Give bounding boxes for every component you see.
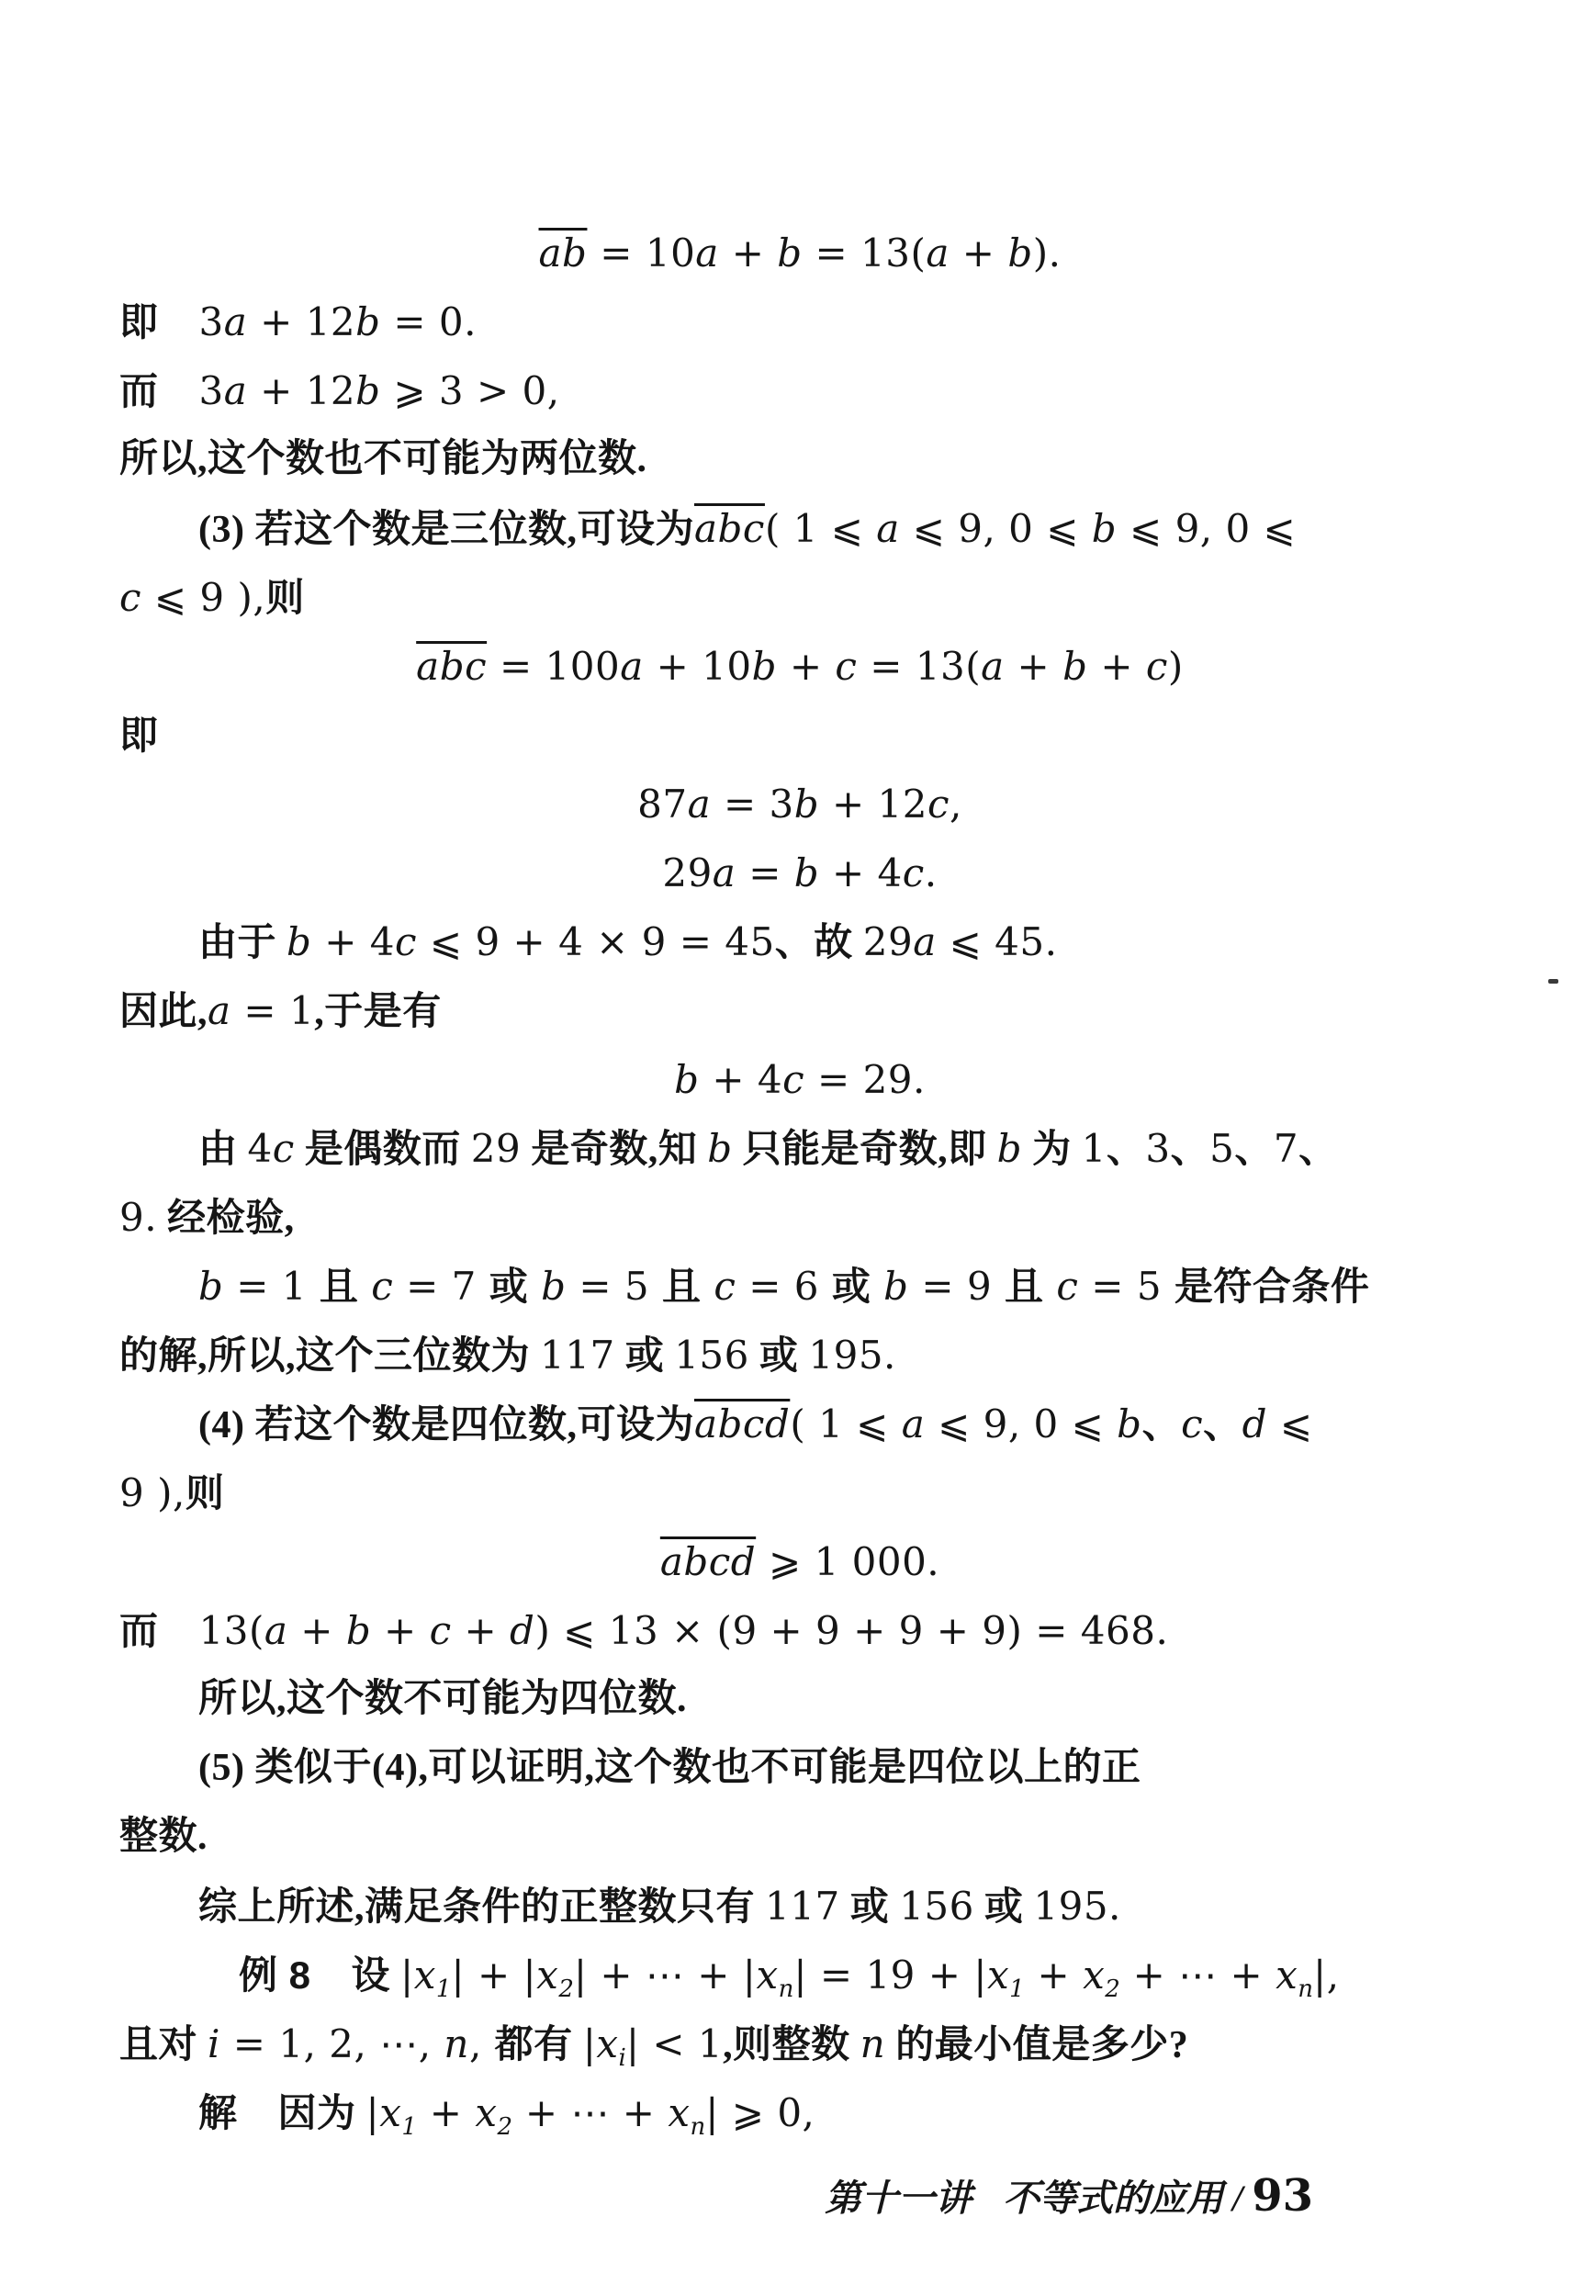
text-segment: 的最小值是多少? [885, 2024, 1188, 2066]
text-segment: a [981, 644, 1005, 689]
text-segment: (3) 若这个数是三位数,可设为 [198, 509, 694, 551]
text-segment: = 3 [711, 782, 794, 827]
text-segment: + 12 [247, 368, 355, 413]
text-segment: b [707, 1126, 732, 1171]
text-segment: 156 [899, 1884, 974, 1929]
subscript: 1 [401, 2113, 417, 2141]
text-segment: c [273, 1126, 295, 1171]
text-line: 整数. [119, 1803, 1480, 1872]
subscript: n [691, 2113, 706, 2141]
text-segment: , [469, 2021, 495, 2066]
subscript: n [1298, 1975, 1313, 2003]
text-segment: x [756, 1953, 778, 1998]
text-segment: = 1, 2, ⋯, [220, 2021, 444, 2066]
text-segment: n [444, 2021, 469, 2066]
text-segment: c [782, 1057, 804, 1102]
text-segment: 195. [808, 1333, 896, 1378]
text-segment: = 1 [223, 1264, 319, 1309]
text-segment: b [752, 644, 777, 689]
text-segment: ⩾ 3 > 0, [381, 368, 560, 413]
subscript: i [619, 2044, 626, 2072]
page-footer: 第十一讲不等式的应用/93 [0, 2169, 1596, 2222]
text-segment: b [355, 299, 380, 344]
equation-line: ab = 10a + b = 13(a + b). [119, 219, 1480, 287]
text-segment: + 4 [311, 919, 395, 964]
text-segment: 3 [199, 368, 224, 413]
text-line: 解因为 |x1 + x2 + ⋯ + xn| ⩾ 0, [119, 2078, 1480, 2147]
text-segment: x [596, 2021, 618, 2066]
text-segment: x [536, 1953, 558, 1998]
subscript: 2 [558, 1975, 574, 2003]
text-segment: ⩽ 9 ), [141, 575, 265, 620]
text-segment: 的解,所以,这个三位数为 [119, 1335, 540, 1378]
text-segment: ,于是有 [314, 991, 442, 1033]
text-segment: c [395, 919, 417, 964]
text-segment: 由于 [198, 922, 287, 964]
text-segment: | = 19 + | [793, 1953, 987, 1998]
text-segment: a [208, 988, 231, 1033]
text-segment: c [1181, 1401, 1203, 1446]
text-segment: 且 [662, 1266, 702, 1309]
text-segment: x [1276, 1953, 1298, 1998]
text-segment: 是符合条件 [1175, 1266, 1370, 1309]
text-segment: a [224, 368, 248, 413]
text-segment: 、 [1142, 1404, 1182, 1446]
text-segment: ⩽ 9, 0 ⩽ [900, 506, 1092, 551]
text-segment: 29 [863, 919, 913, 964]
text-segment: 117 [765, 1884, 840, 1929]
text-segment: n [860, 2021, 886, 2066]
text-segment: 87 [637, 782, 687, 827]
text-segment: 、 [1234, 1129, 1274, 1171]
text-segment: . [925, 850, 938, 895]
text-segment: 所以,这个数不可能为四位数. [198, 1678, 687, 1720]
text-segment: x [668, 2090, 690, 2135]
text-line: 的解,所以,这个三位数为 117 或 156 或 195. [119, 1321, 1480, 1390]
text-segment: | [583, 2021, 597, 2066]
text-segment: a [902, 1401, 926, 1446]
text-segment: b [1007, 231, 1032, 276]
paragraph-label: 即 [119, 300, 159, 343]
text-segment: = 10 [587, 231, 695, 276]
text-segment: + [950, 231, 1007, 276]
text-segment: 9 ), [119, 1470, 185, 1515]
text-segment: = 13( [857, 644, 981, 689]
text-segment: 则 [265, 578, 305, 620]
overline-number-variable: abc [694, 506, 765, 551]
text-line: c ⩽ 9 ),则 [119, 563, 1480, 632]
text-segment: 、 [1107, 1129, 1146, 1171]
text-segment: ⩾ 1 000. [756, 1539, 939, 1584]
text-segment: + [719, 231, 777, 276]
text-segment: + [287, 1608, 345, 1653]
text-segment: b [871, 1264, 908, 1309]
text-segment: + 12 [819, 782, 927, 827]
subscript: 2 [498, 2113, 513, 2141]
scan-artifact-dot [1548, 979, 1558, 984]
text-line: 所以,这个数也不可能为两位数. [119, 425, 1480, 494]
page-content: ab = 10a + b = 13(a + b).即3a + 12b = 0.而… [119, 219, 1480, 2147]
text-segment: c [927, 782, 950, 827]
text-segment: c [835, 644, 857, 689]
text-segment: 则 [185, 1473, 225, 1515]
text-segment: x [987, 1953, 1009, 1998]
text-segment: b [794, 850, 819, 895]
text-segment: 设 [352, 1955, 401, 1998]
text-segment: b [794, 782, 819, 827]
text-segment: 整数. [119, 1816, 208, 1858]
text-segment: | + ⋯ + | [574, 1953, 757, 1998]
overline-number-variable: abcd [660, 1539, 756, 1584]
paragraph-label: 例 8 [239, 1953, 311, 1997]
text-line: 即3a + 12b = 0. [119, 287, 1480, 356]
text-segment: 或 [974, 1886, 1034, 1929]
text-segment: a [713, 850, 736, 895]
paragraph-label: 而 [119, 369, 159, 412]
text-segment: x [1083, 1953, 1105, 1998]
text-segment: c [903, 850, 925, 895]
text-segment: 或 [615, 1335, 675, 1378]
text-segment: c [430, 1608, 452, 1653]
text-segment: 5 [1209, 1126, 1234, 1171]
text-segment: 4 [248, 1126, 273, 1171]
text-segment: 综上所述,满足条件的正整数只有 [198, 1886, 765, 1929]
text-segment: 195. [1033, 1884, 1121, 1929]
text-line: 而13(a + b + c + d) ⩽ 13 × (9 + 9 + 9 + 9… [119, 1596, 1480, 1665]
text-segment: c [119, 575, 141, 620]
equation-line: abcd ⩾ 1 000. [119, 1527, 1480, 1596]
text-segment: b [287, 919, 311, 964]
text-segment: 1 [1082, 1126, 1107, 1171]
text-segment: c [701, 1264, 736, 1309]
overline-number-variable: ab [539, 231, 588, 276]
text-segment: 156 [674, 1333, 749, 1378]
text-line: 9. 经检验, [119, 1183, 1480, 1252]
text-segment: b [1062, 644, 1087, 689]
paragraph-label: 而 [119, 1609, 159, 1652]
text-segment: i [208, 2021, 220, 2066]
text-segment: a [264, 1608, 288, 1653]
text-segment: a [620, 644, 644, 689]
overline-number-variable: abc [416, 644, 487, 689]
text-segment: ( 1 ⩽ [790, 1401, 901, 1446]
text-segment: d [510, 1608, 534, 1653]
text-segment: 且对 [119, 2024, 208, 2066]
text-segment: + 4 [700, 1057, 783, 1102]
text-segment: 3 [199, 299, 224, 344]
text-segment: b [355, 368, 380, 413]
text-segment: 且 [1005, 1266, 1044, 1309]
subscript: 1 [436, 1975, 452, 2003]
text-segment: b [528, 1264, 566, 1309]
text-segment: 7 [1274, 1126, 1298, 1171]
text-line: 9 ),则 [119, 1458, 1480, 1527]
text-line: 即 [119, 701, 1480, 770]
text-segment: = 0. [381, 299, 477, 344]
text-segment: d [1242, 1401, 1267, 1446]
equation-line: 29a = b + 4c. [119, 838, 1480, 907]
footer-separator: / [1232, 2178, 1242, 2219]
subscript: 2 [1105, 1975, 1120, 2003]
text-segment: b [346, 1608, 371, 1653]
text-line: b = 1 且 c = 7 或 b = 5 且 c = 6 或 b = 9 且 … [119, 1252, 1480, 1321]
text-segment: c [1044, 1264, 1079, 1309]
text-segment: a [913, 919, 937, 964]
text-segment: 或 [749, 1335, 809, 1378]
text-line: (5) 类似于(4),可以证明,这个数也不可能是四位以上的正 [119, 1734, 1480, 1803]
text-segment: 都有 [495, 2024, 583, 2066]
text-segment: |, [1313, 1953, 1340, 1998]
text-segment: (5) 类似于(4),可以证明,这个数也不可能是四位以上的正 [198, 1747, 1141, 1789]
paragraph-label: 解 [198, 2091, 238, 2134]
subscript: 1 [1009, 1975, 1025, 2003]
text-segment: 且 [320, 1266, 359, 1309]
text-line: 由于 b + 4c ⩽ 9 + 4 × 9 = 45、故 29a ⩽ 45. [119, 907, 1480, 976]
text-segment: 29 [662, 850, 712, 895]
text-segment: ⩽ 9 + 4 × 9 = 45 [417, 919, 775, 964]
text-segment: 因此, [119, 991, 208, 1033]
text-segment: 、 [1203, 1404, 1242, 1446]
text-segment: ,则整数 [723, 2024, 860, 2066]
text-segment: 29 [471, 1126, 521, 1171]
text-segment: ( 1 ⩽ [765, 506, 876, 551]
text-segment: x [379, 2090, 401, 2135]
text-segment: = 5 [1078, 1264, 1174, 1309]
text-segment: x [475, 2090, 497, 2135]
text-segment: 、 [1171, 1129, 1210, 1171]
text-segment: + [417, 2090, 475, 2135]
text-segment: 117 [540, 1333, 615, 1378]
scanned-book-page: { "footer": { "chapter": "第十一讲", "title"… [0, 0, 1596, 2296]
text-segment: 是奇数,知 [521, 1129, 707, 1171]
equation-line: 87a = 3b + 12c, [119, 770, 1480, 838]
text-segment: = 100 [487, 644, 620, 689]
text-segment: ⩽ 9, 0 ⩽ [925, 1401, 1117, 1446]
overline-number-variable: abcd [694, 1401, 790, 1446]
text-segment: , [950, 782, 962, 827]
text-segment: | [366, 2090, 380, 2135]
text-segment: | + | [451, 1953, 536, 1998]
text-segment: 所以,这个数也不可能为两位数. [119, 438, 647, 480]
text-line: 由 4c 是偶数而 29 是奇数,知 b 只能是奇数,即 b 为 1、3、5、7… [119, 1114, 1480, 1183]
text-segment: 、故 [775, 922, 863, 964]
text-line: (3) 若这个数是三位数,可设为abc( 1 ⩽ a ⩽ 9, 0 ⩽ b ⩽ … [119, 494, 1480, 563]
paragraph-label: 即 [119, 714, 159, 757]
text-segment: c [1146, 644, 1168, 689]
text-segment: a [688, 782, 712, 827]
text-segment: | [400, 1953, 414, 1998]
text-segment: b [198, 1264, 223, 1309]
text-segment: a [926, 231, 950, 276]
text-segment: + 4 [819, 850, 903, 895]
text-segment: 是偶数而 [295, 1129, 471, 1171]
text-segment: x [414, 1953, 436, 1998]
text-segment: + [1087, 644, 1145, 689]
text-segment: c [358, 1264, 393, 1309]
text-segment: + [371, 1608, 429, 1653]
text-segment: 或 [832, 1266, 871, 1309]
text-segment: 为 [1022, 1129, 1082, 1171]
text-segment: = 5 [566, 1264, 661, 1309]
footer-chapter: 第十一讲 [825, 2178, 972, 2219]
text-segment: a [224, 299, 248, 344]
text-segment: ⩽ 9, 0 ⩽ [1117, 506, 1296, 551]
text-segment: (4) 若这个数是四位数,可设为 [198, 1404, 694, 1446]
text-segment: + [777, 644, 835, 689]
text-segment: + ⋯ + [1120, 1953, 1276, 1998]
text-segment: | ⩾ 0, [705, 2090, 815, 2135]
text-segment: 因为 [278, 2093, 366, 2135]
text-line: 因此,a = 1,于是有 [119, 976, 1480, 1045]
text-segment: ) [1168, 644, 1184, 689]
text-segment: 经检验, [157, 1198, 295, 1240]
text-segment: = 13( [803, 231, 927, 276]
subscript: n [779, 1975, 794, 2003]
text-segment: + ⋯ + [512, 2090, 668, 2135]
text-line: 综上所述,满足条件的正整数只有 117 或 156 或 195. [119, 1872, 1480, 1941]
footer-section-title: 不等式的应用 [1003, 2178, 1223, 2219]
text-segment: = 29. [804, 1057, 926, 1102]
text-segment: = [736, 850, 793, 895]
text-segment: 3 [1145, 1126, 1170, 1171]
text-segment: a [695, 231, 719, 276]
text-segment: b [674, 1057, 699, 1102]
text-segment: + [1025, 1953, 1083, 1998]
text-segment: b [997, 1126, 1022, 1171]
text-segment: + [452, 1608, 510, 1653]
text-segment: ⩽ [1267, 1401, 1313, 1446]
text-segment: 、 [1298, 1129, 1338, 1171]
text-segment: 由 [198, 1129, 248, 1171]
text-segment: a [876, 506, 900, 551]
equation-line: b + 4c = 29. [119, 1045, 1480, 1114]
text-segment: | < 1 [626, 2021, 723, 2066]
text-line: 例 8设 |x1| + |x2| + ⋯ + |xn| = 19 + |x1 +… [119, 1941, 1480, 2009]
text-segment: = 9 [909, 1264, 1005, 1309]
text-segment: 13( [199, 1608, 264, 1653]
text-segment: ). [1033, 231, 1062, 276]
text-segment: 或 [840, 1886, 900, 1929]
text-segment: + 10 [644, 644, 752, 689]
text-segment: 只能是奇数,即 [733, 1129, 997, 1171]
text-segment: 或 [489, 1266, 529, 1309]
text-segment: = 1 [231, 988, 315, 1033]
text-line: 所以,这个数不可能为四位数. [119, 1665, 1480, 1734]
equation-line: abc = 100a + 10b + c = 13(a + b + c) [119, 632, 1480, 701]
text-segment: = 7 [393, 1264, 489, 1309]
text-segment: + [1005, 644, 1062, 689]
text-line: 而3a + 12b ⩾ 3 > 0, [119, 356, 1480, 425]
text-segment: = 6 [736, 1264, 831, 1309]
text-segment: + 12 [247, 299, 355, 344]
text-segment: b [777, 231, 802, 276]
footer-page-number: 93 [1252, 2170, 1313, 2222]
text-segment: ⩽ 45. [937, 919, 1058, 964]
text-segment: ) ⩽ 13 × (9 + 9 + 9 + 9) = 468. [534, 1608, 1168, 1653]
text-segment: b [1092, 506, 1117, 551]
text-line: 且对 i = 1, 2, ⋯, n, 都有 |xi| < 1,则整数 n 的最小… [119, 2009, 1480, 2078]
text-segment: 9. [119, 1195, 157, 1240]
text-segment: b [1117, 1401, 1141, 1446]
text-line: (4) 若这个数是四位数,可设为abcd( 1 ⩽ a ⩽ 9, 0 ⩽ b、c… [119, 1390, 1480, 1458]
